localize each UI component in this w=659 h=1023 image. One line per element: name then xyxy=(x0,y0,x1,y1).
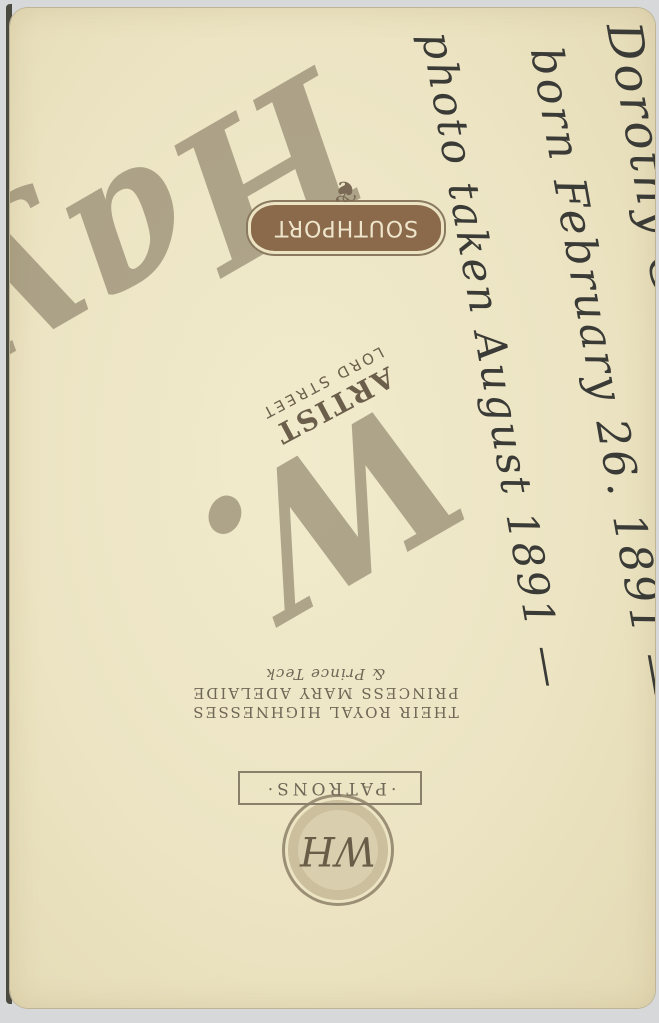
scroll-ornament-icon: ❦ xyxy=(325,168,365,208)
photo-card-back: WH ·PATRONS· THEIR ROYAL HIGHNESSES PRIN… xyxy=(10,8,655,1008)
patrons-label: ·PATRONS· xyxy=(238,771,422,805)
photographer-seal: WH xyxy=(288,800,388,900)
city-banner: SOUTHPORT xyxy=(251,205,441,251)
seal-monogram: WH xyxy=(300,827,376,873)
city-name: SOUTHPORT xyxy=(274,216,418,241)
